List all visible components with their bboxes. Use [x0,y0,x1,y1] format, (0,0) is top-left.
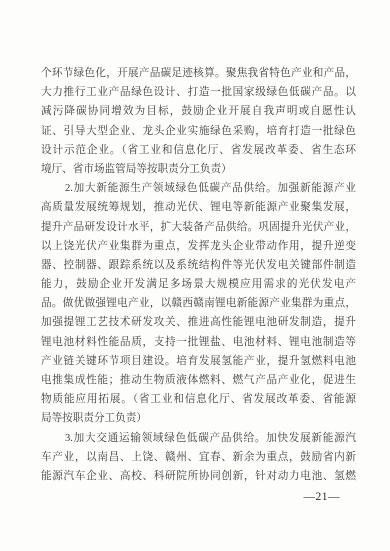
text-line: 产业链关键环节项目建设。培育发展氢能产业，提升氢燃料电池 [41,352,356,371]
text-line: 局等按职责分工负责） [41,409,356,428]
text-line-paragraph-start: 3.加大交通运输领域绿色低碳产品供给。加快发展新能源汽 [41,429,356,448]
text-line: 品。做优做强锂电产业，以赣西赣南锂电新能源产业集群为重点， [41,294,356,313]
text-line: 电推集成性能；推动生物质液体燃料、燃气产品产业化，促进生 [41,371,356,390]
scanned-document-page: 个环节绿色化，开展产品碳足迹核算。聚焦我省特色产业和产品， 大力推行工业产品绿色… [0,0,390,551]
text-line: 以上饶光伏产业集群为重点，发挥龙头企业带动作用，提升逆变 [41,237,356,256]
text-line: 提升产品研发设计水平，扩大装备产品供给。巩固提升光伏产业， [41,218,356,237]
body-text-block: 个环节绿色化，开展产品碳足迹核算。聚焦我省特色产业和产品， 大力推行工业产品绿色… [41,64,356,486]
text-line: 证、引导大型企业、龙头企业实施绿色采购，培育打造一批绿色 [41,122,356,141]
text-line: 个环节绿色化，开展产品碳足迹核算。聚焦我省特色产业和产品， [41,64,356,83]
text-line: 车产业，以南昌、上饶、赣州、宜春、新余为重点，鼓励省内新 [41,448,356,467]
text-line: 器、控制器、跟踪系统以及系统结构件等光伏发电关键部件制造 [41,256,356,275]
text-line: 物质能应用拓展。（省工业和信息化厅、省发展改革委、省能源 [41,390,356,409]
text-line: 锂电池材料性能品质，支持一批锂盐、电池材料、锂电池制造等 [41,333,356,352]
text-line: 加强提锂工艺技术研发攻关、推进高性能锂电池研发制造，提升 [41,313,356,332]
document-page: { "document": { "page_number": "—21—", "… [0,0,390,551]
text-line-paragraph-start: 2.加大新能源生产领域绿色低碳产品供给。加强新能源产业 [41,179,356,198]
text-line: 能力，鼓励企业开发满足多场景大规模应用需求的光伏发电产 [41,275,356,294]
text-line: 大力推行工业产品绿色设计、打造一批国家级绿色低碳产品。以 [41,83,356,102]
page-number: —21— [304,491,341,503]
text-line: 能源汽车企业、高校、科研院所协同创新，针对动力电池、氢燃 [41,467,356,486]
text-line: 高质量发展统筹规划，推动光伏、锂电等新能源产业聚集发展， [41,198,356,217]
text-line: 设计示范企业。（省工业和信息化厅、省发展改革委、省生态环 [41,141,356,160]
text-line: 境厅、省市场监管局等按职责分工负责） [41,160,356,179]
text-line: 减污降碳协同增效为目标，鼓励企业开展自我声明或自愿性认 [41,102,356,121]
